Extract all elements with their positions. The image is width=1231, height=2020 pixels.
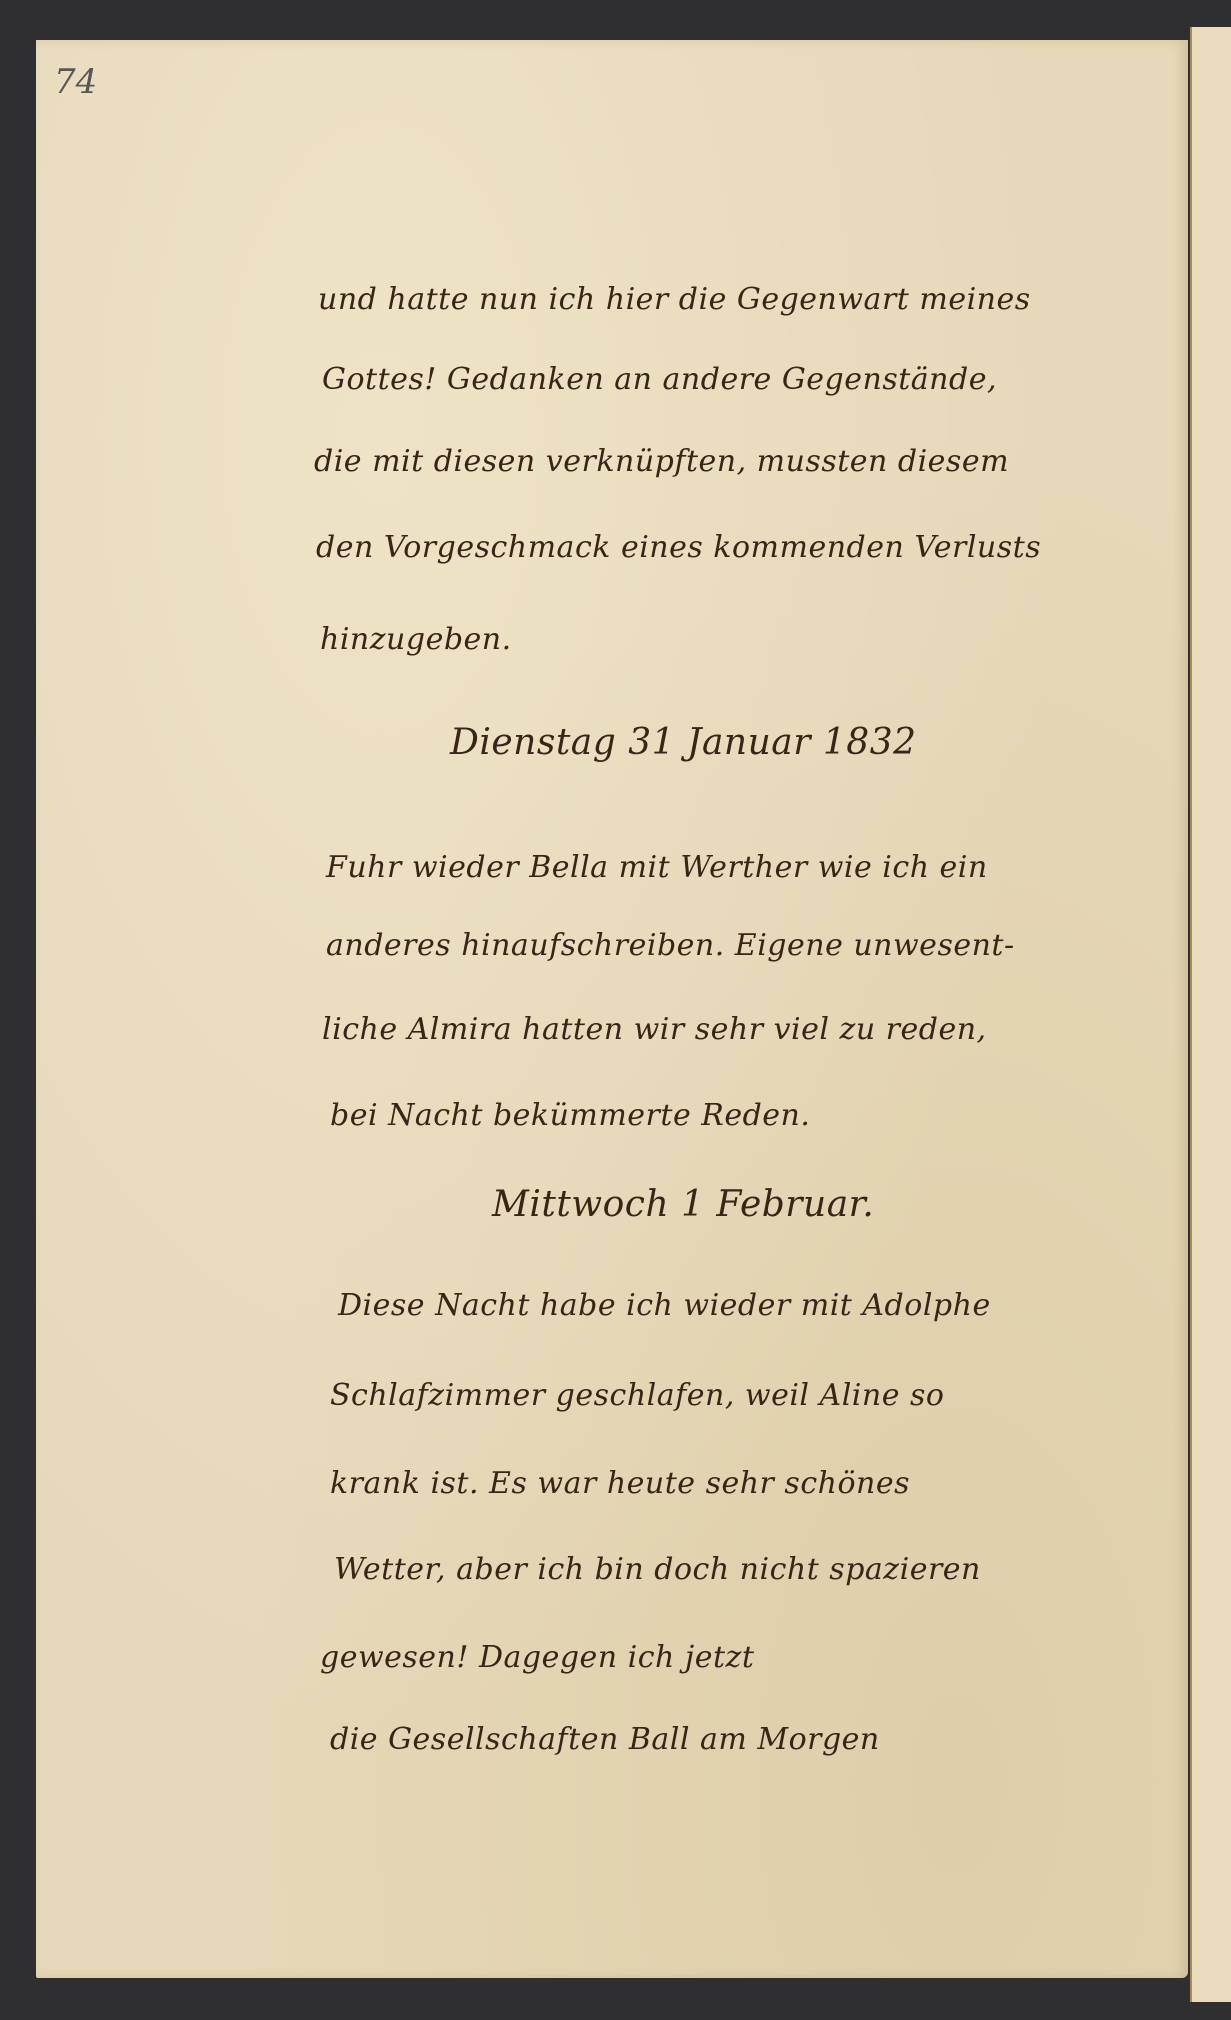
diary-date-heading: Mittwoch 1 Februar. [492, 1184, 874, 1225]
manuscript-line: Wetter, aber ich bin doch nicht spaziere… [334, 1552, 981, 1587]
manuscript-line: Diese Nacht habe ich wieder mit Adolphe [338, 1288, 991, 1323]
manuscript-line: anderes hinaufschreiben. Eigene unwesent… [326, 928, 1015, 963]
manuscript-line: hinzugeben. [320, 622, 512, 657]
manuscript-line: krank ist. Es war heute sehr schönes [330, 1466, 910, 1501]
manuscript-page [36, 40, 1188, 1978]
manuscript-line: den Vorgeschmack eines kommenden Verlust… [316, 530, 1041, 565]
manuscript-line: Gottes! Gedanken an andere Gegenstände, [322, 362, 997, 397]
folio-number: 74 [54, 62, 97, 102]
manuscript-line: die Gesellschaften Ball am Morgen [330, 1722, 880, 1757]
manuscript-line: Fuhr wieder Bella mit Werther wie ich ei… [326, 850, 988, 885]
manuscript-line: Schlafzimmer geschlafen, weil Aline so [330, 1378, 944, 1413]
manuscript-line: bei Nacht bekümmerte Reden. [330, 1098, 810, 1133]
diary-date-heading: Dienstag 31 Januar 1832 [450, 722, 917, 763]
manuscript-line: und hatte nun ich hier die Gegenwart mei… [318, 282, 1031, 317]
next-page-edge [1190, 27, 1231, 2002]
manuscript-line: liche Almira hatten wir sehr viel zu red… [322, 1012, 987, 1047]
manuscript-line: gewesen! Dagegen ich jetzt [320, 1640, 754, 1675]
manuscript-line: die mit diesen verknüpften, mussten dies… [314, 444, 1009, 479]
